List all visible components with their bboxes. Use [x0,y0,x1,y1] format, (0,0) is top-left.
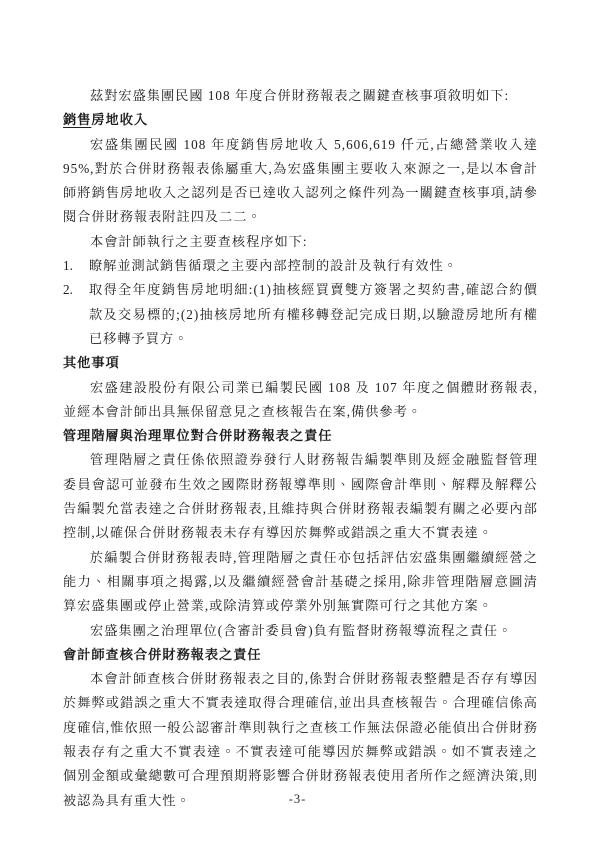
kam-heading-property-sales-revenue: 銷售房地收入 [63,108,538,132]
audit-procedure-item-1-marker: 1. [63,254,89,278]
management-responsibility-paragraph-1: 管理階層之責任係依照證券發行人財務報告編製準則及經金融監督管理委員會認可並發布生… [63,448,538,545]
report-body: 茲對宏盛集團民國 108 年度合併財務報表之關鍵查核事項敘明如下:銷售房地收入宏… [63,84,538,813]
audit-procedures-lead-in: 本會計師執行之主要查核程序如下: [63,230,538,254]
audit-procedure-item-2: 2.取得全年度銷售房地明細:(1)抽核經買賣雙方簽署之契約書,確認合約價款及交易… [63,278,538,351]
audit-procedure-item-1: 1.瞭解並測試銷售循環之主要內部控制的設計及執行有效性。 [63,254,538,278]
document-page: 茲對宏盛集團民國 108 年度合併財務報表之關鍵查核事項敘明如下:銷售房地收入宏… [0,0,595,842]
audit-procedure-item-2-text: 取得全年度銷售房地明細:(1)抽核經買賣雙方簽署之契約書,確認合約價款及交易標的… [89,278,538,351]
other-matters-heading-text: 其他事項 [63,355,120,370]
management-responsibility-paragraph-2: 於編製合併財務報表時,管理階層之責任亦包括評估宏盛集團繼續經營之能力、相關事項之… [63,546,538,619]
kam-heading-property-sales-revenue-text: 房地收入 [91,112,148,127]
audit-procedure-item-1-text: 瞭解並測試銷售循環之主要內部控制的設計及執行有效性。 [89,254,538,278]
auditor-responsibility-heading: 會計師查核合併財務報表之責任 [63,643,538,667]
audit-procedure-item-2-marker: 2. [63,278,89,351]
management-responsibility-heading: 管理階層與治理單位對合併財務報表之責任 [63,424,538,448]
other-matters-paragraph: 宏盛建設股份有限公司業已編製民國 108 及 107 年度之個體財務報表,並經本… [63,376,538,425]
management-responsibility-heading-text: 管理階層與治理單位對合併財務報表之責任 [63,428,333,443]
kam-heading-property-sales-revenue-underlined-part: 銷售 [63,112,91,127]
page-number: -3- [0,792,595,807]
governance-responsibility-paragraph: 宏盛集團之治理單位(含審計委員會)負有監督財務報導流程之責任。 [63,619,538,643]
auditor-responsibility-heading-text: 會計師查核合併財務報表之責任 [63,647,262,662]
other-matters-heading: 其他事項 [63,351,538,375]
kam-intro-line: 茲對宏盛集團民國 108 年度合併財務報表之關鍵查核事項敘明如下: [63,84,538,108]
kam-description-paragraph: 宏盛集團民國 108 年度銷售房地收入 5,606,619 仟元,占總營業收入達… [63,133,538,230]
